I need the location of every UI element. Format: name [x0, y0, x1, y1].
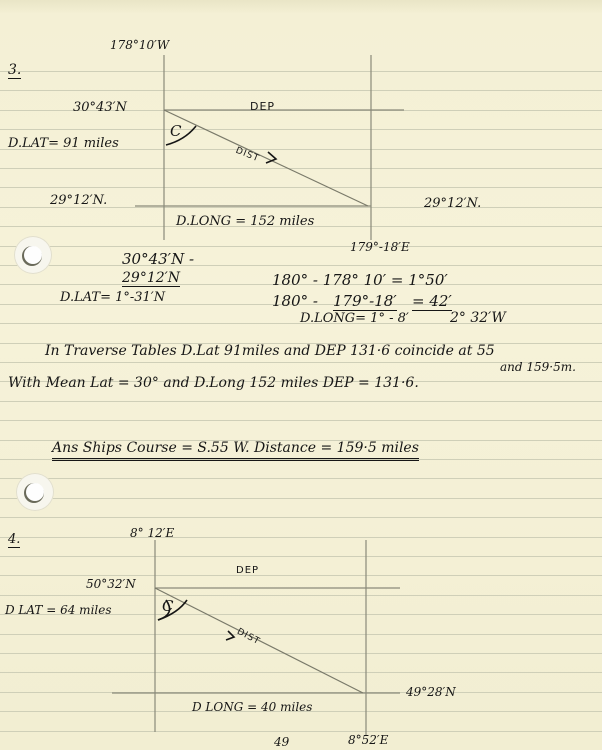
notebook-page: 3. 178°10′W 30°43′N DEP D.LAT= 91 miles … [0, 0, 602, 750]
p3-lat-line2: 29°12′N [122, 270, 180, 286]
problem-3-number: 3. [8, 62, 21, 78]
p4-end-longitude: 8°52′E [348, 733, 388, 747]
p3-bottom-lat-right: 29°12′N. [424, 196, 481, 211]
p3-long-line1: 180° - 178° 10′ = 1°50′ [272, 271, 448, 289]
p3-note-line1b: and 159·5m. [500, 360, 576, 374]
p3-dep-label: DEP [250, 100, 275, 113]
p3-lat-line1: 30°43′N - [122, 250, 194, 268]
p3-dlat-result: D.LAT= 1°-31′N [60, 290, 165, 305]
p4-top-latitude: 50°32′N [86, 577, 136, 591]
p3-bottom-lat-left: 29°12′N. [50, 193, 107, 208]
p3-long-line3b: 2° 32′W [450, 310, 506, 326]
p3-long-line2b: 179°-18′ [333, 292, 397, 310]
p3-long-line2a: 180° - [272, 292, 318, 310]
p3-course-label: C [170, 122, 181, 140]
p3-note-line2: With Mean Lat = 30° and D.Long 152 miles… [8, 375, 419, 391]
p3-long-line3a: D.LONG= 1° - 8′ [300, 311, 409, 326]
p3-top-latitude: 30°43′N [73, 100, 127, 115]
p4-dep-label: DEP [236, 565, 259, 576]
p4-course-label: C [162, 597, 173, 615]
p4-dlong-label: D LONG = 40 miles [192, 700, 312, 714]
p4-top-longitude: 8° 12′E [130, 526, 174, 540]
p3-top-longitude: 178°10′W [110, 38, 169, 52]
p3-dlat-label: D.LAT= 91 miles [8, 136, 119, 151]
p3-dlong-label: D.LONG = 152 miles [176, 214, 314, 229]
problem-4-number: 4. [8, 532, 20, 547]
p3-answer: Ans Ships Course = S.55 W. Distance = 15… [52, 440, 419, 456]
p3-long-line2c: = 42′ [412, 292, 452, 310]
page-number: 49 [274, 735, 289, 749]
p4-dlat-label: D LAT = 64 miles [5, 603, 112, 617]
p3-end-longitude: 179°-18′E [350, 240, 410, 254]
p3-note-line1: In Traverse Tables D.Lat 91miles and DEP… [45, 343, 495, 359]
p4-bottom-lat-right: 49°28′N [406, 685, 456, 699]
